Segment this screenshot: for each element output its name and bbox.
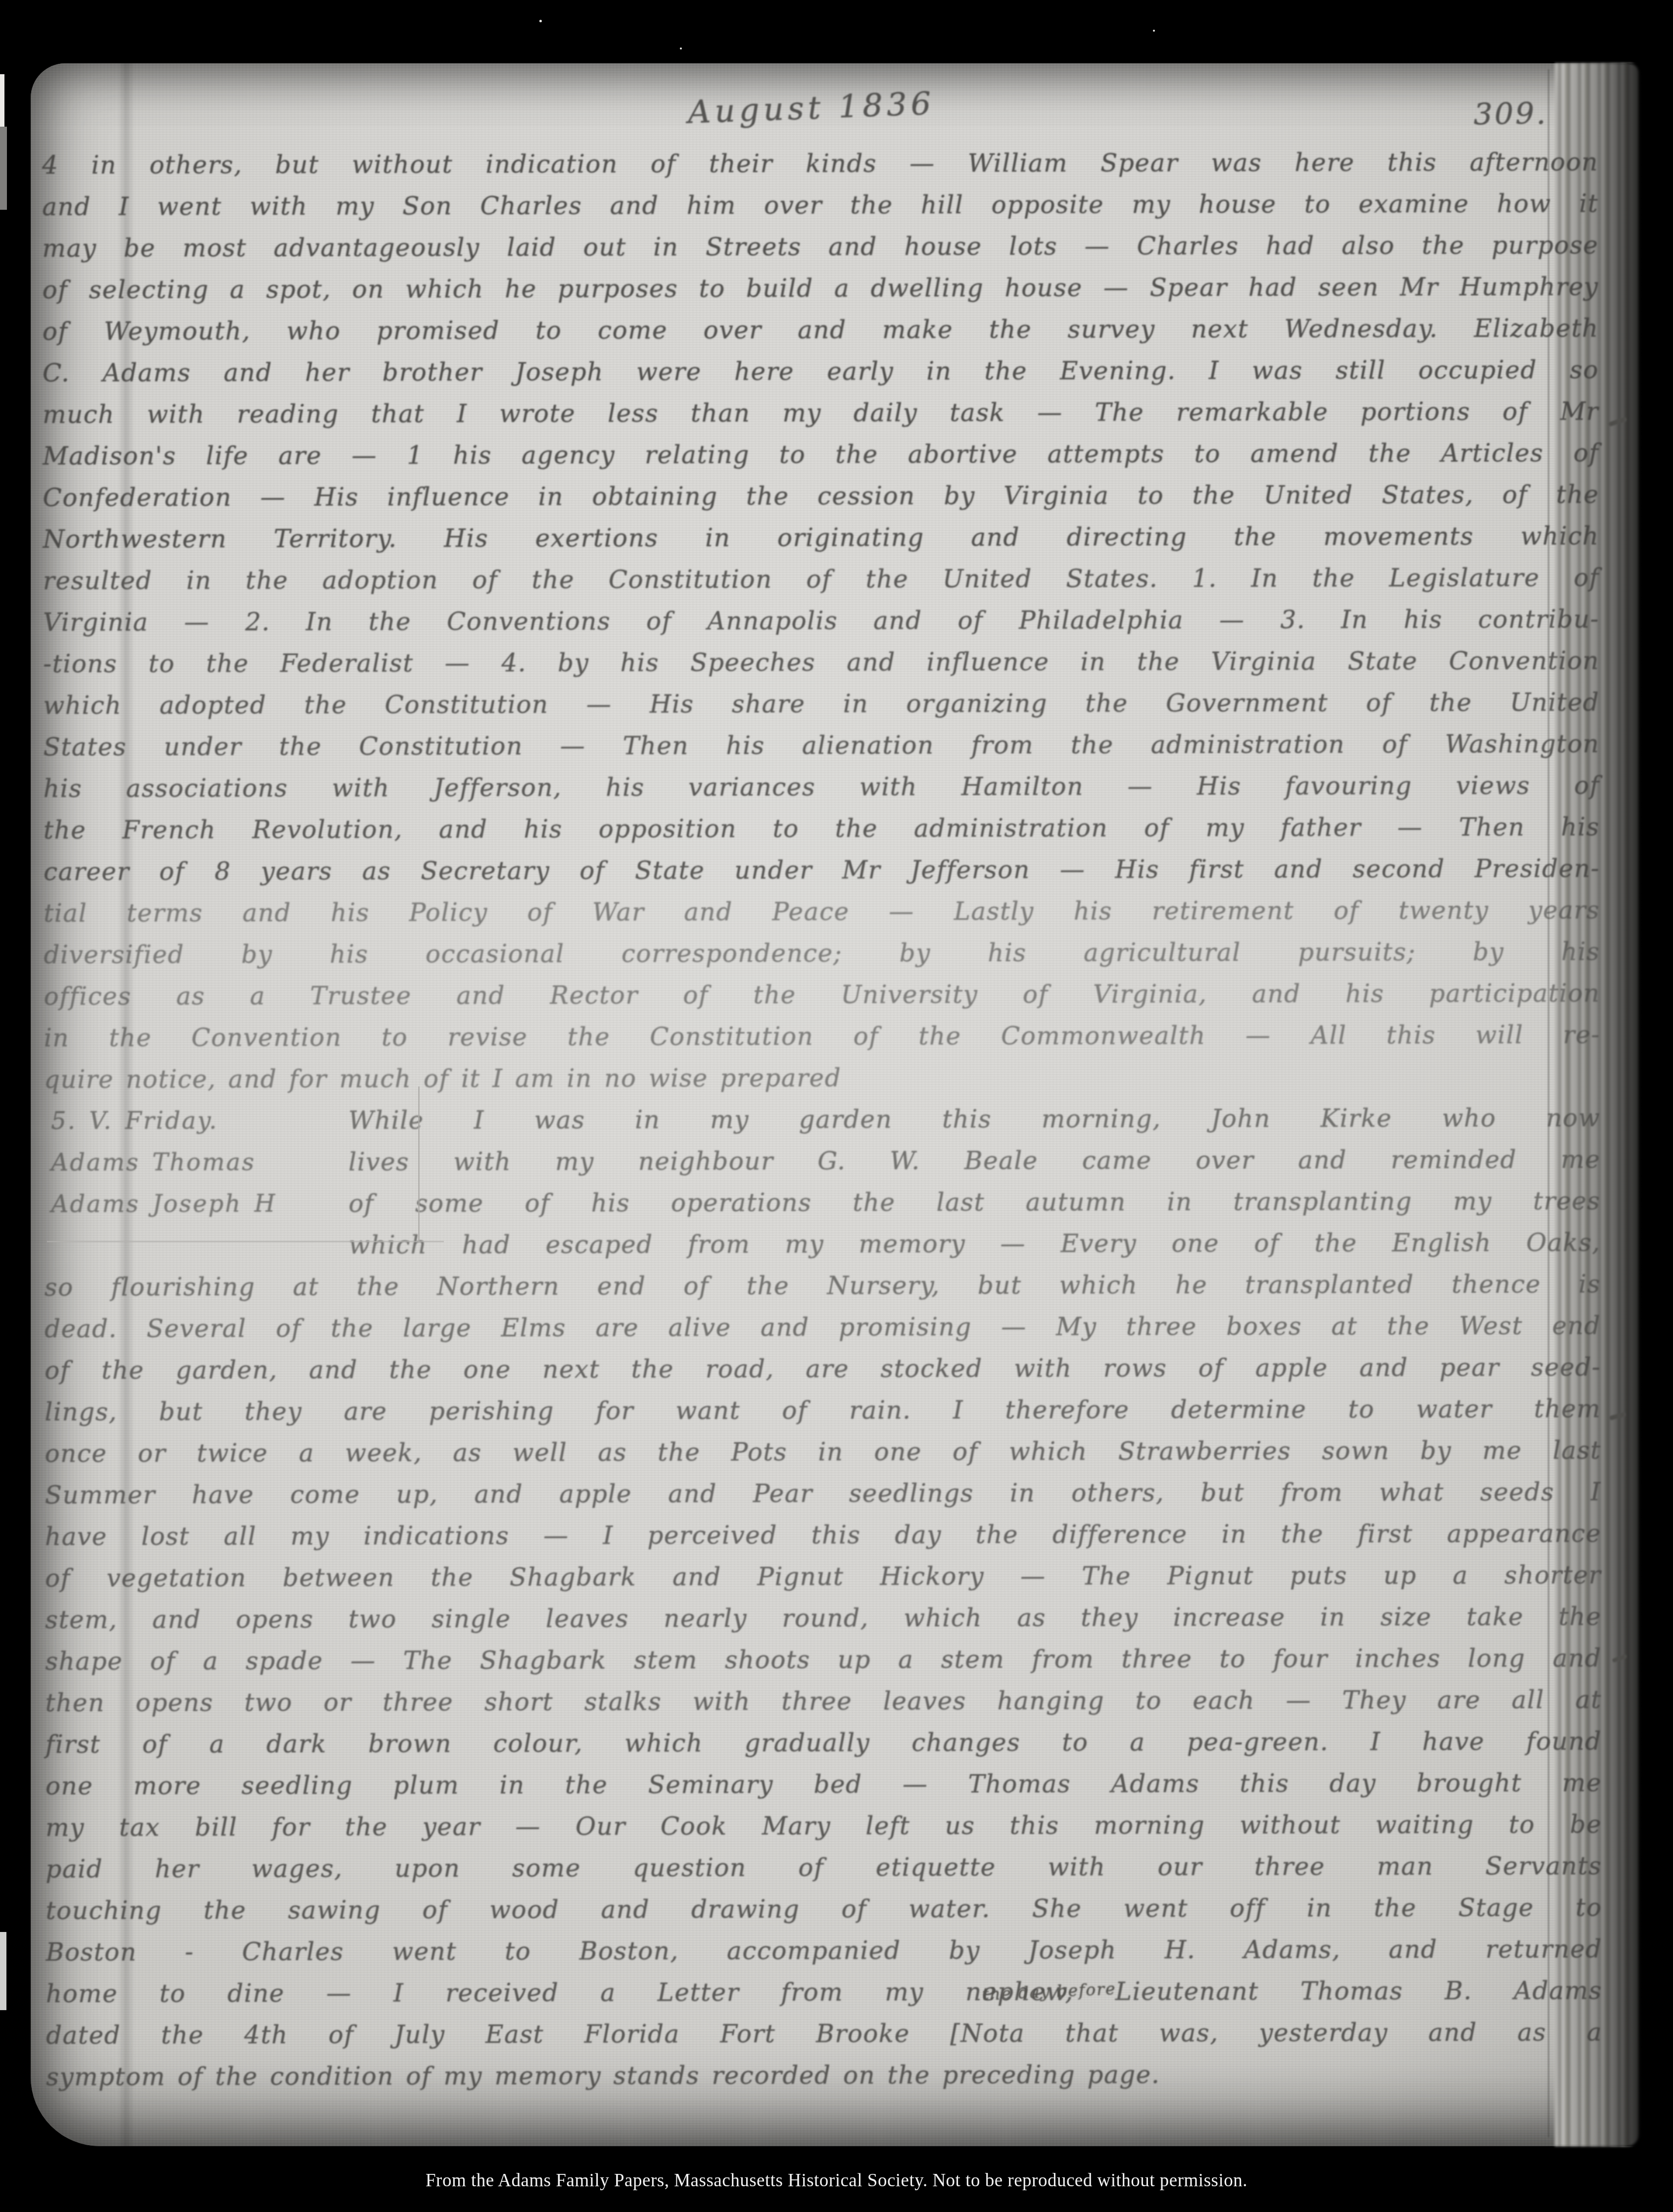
manuscript-line-text: in the Convention to revise the Constitu… [44, 1014, 1600, 1059]
manuscript-line: the French Revolution, and his oppositio… [44, 806, 1600, 851]
manuscript-line-text: first of a dark brown colour, which grad… [46, 1720, 1602, 1765]
manuscript-line-text: tial terms and his Policy of War and Pea… [44, 889, 1600, 934]
margin-note: Adams Joseph H [51, 1183, 277, 1225]
manuscript-line-text: and I went with my Son Charles and him o… [42, 183, 1598, 228]
manuscript-line: Boston - Charles went to Boston, accompa… [46, 1928, 1602, 1973]
margin-note: 5. V. Friday. [51, 1100, 218, 1142]
manuscript-line: Summer have come up, and apple and Pear … [45, 1471, 1601, 1516]
film-sliver [0, 1932, 6, 2010]
manuscript-line: paid her wages, upon some question of et… [46, 1845, 1602, 1890]
manuscript-line: career of 8 years as Secretary of State … [44, 847, 1600, 893]
manuscript-line: my tax bill for the year — Our Cook Mary… [46, 1803, 1602, 1848]
manuscript-line: of vegetation between the Shagbark and P… [45, 1554, 1601, 1599]
margin-rule-horizontal [47, 1241, 444, 1242]
margin-rule-vertical [418, 1086, 420, 1243]
manuscript-line: -tions to the Federalist — 4. by his Spe… [43, 640, 1599, 685]
manuscript-line-text: much with reading that I wrote less than… [43, 390, 1599, 435]
manuscript-line-text: shape of a spade — The Shagbark stem sho… [45, 1637, 1601, 1682]
film-sliver [0, 74, 4, 127]
manuscript-line: of selecting a spot, on which he purpose… [43, 266, 1599, 311]
manuscript-line: tial terms and his Policy of War and Pea… [44, 889, 1600, 934]
manuscript-line-text: which adopted the Constitution — His sha… [43, 681, 1599, 726]
manuscript-line-text: my tax bill for the year — Our Cook Mary… [46, 1803, 1602, 1848]
manuscript-line-text: of Weymouth, who promised to come over a… [43, 307, 1599, 352]
manuscript-line: of Weymouth, who promised to come over a… [43, 307, 1599, 352]
manuscript-text: 4 in others, but without indication of t… [42, 141, 1602, 2098]
manuscript-line-text: one more seedling plum in the Seminary b… [46, 1762, 1602, 1807]
manuscript-line: once or twice a week, as well as the Pot… [45, 1429, 1601, 1474]
manuscript-line-text: Summer have come up, and apple and Pear … [45, 1471, 1601, 1516]
manuscript-line: dated the 4th of July East Florida Fort … [46, 2011, 1602, 2056]
manuscript-line: touching the sawing of wood and drawing … [46, 1886, 1602, 1931]
manuscript-line-text: quire notice, and for much of it I am in… [44, 1055, 1600, 1100]
dust-speck [680, 47, 682, 49]
manuscript-line: offices as a Trustee and Rector of the U… [44, 972, 1600, 1017]
manuscript-line-text: then opens two or three short stalks wit… [46, 1679, 1602, 1724]
manuscript-line-text: Madison's life are — 1 his agency relati… [43, 432, 1599, 477]
manuscript-line-text: dated the 4th of July East Florida Fort … [46, 2011, 1602, 2056]
manuscript-line: his associations with Jefferson, his var… [44, 764, 1600, 809]
scanned-diary-page: { "colors": { "background": "#000000", "… [0, 0, 1673, 2212]
manuscript-line: lings, but they are perishing for want o… [45, 1388, 1601, 1433]
manuscript-line: Virginia — 2. In the Conventions of Anna… [43, 598, 1599, 643]
manuscript-line: and I went with my Son Charles and him o… [42, 183, 1598, 228]
manuscript-line: Adams Joseph Hof some of his operations … [44, 1180, 1600, 1225]
manuscript-line: one more seedling plum in the Seminary b… [46, 1762, 1602, 1807]
manuscript-line-text: 4 in others, but without indication of t… [42, 141, 1598, 186]
dust-speck [539, 20, 542, 22]
manuscript-line-text: the French Revolution, and his oppositio… [44, 806, 1600, 851]
manuscript-line: resulted in the adoption of the Constitu… [43, 557, 1599, 602]
manuscript-line: have lost all my indications — I perceiv… [45, 1512, 1601, 1557]
manuscript-line: symptom of the condition of my memory st… [46, 2053, 1602, 2098]
manuscript-line-text: once or twice a week, as well as the Pot… [45, 1429, 1601, 1474]
manuscript-line-text: lives with my neighbour G. W. Beale came… [348, 1138, 1600, 1182]
manuscript-line-text: of the garden, and the one next the road… [45, 1346, 1601, 1391]
film-sliver [0, 127, 7, 210]
manuscript-line-text: symptom of the condition of my memory st… [46, 2053, 1602, 2098]
manuscript-line-text: Boston - Charles went to Boston, accompa… [46, 1928, 1602, 1973]
manuscript-line-text: C. Adams and her brother Joseph were her… [43, 349, 1599, 394]
manuscript-line-text: States under the Constitution — Then his… [43, 723, 1599, 768]
manuscript-line: much with reading that I wrote less than… [43, 390, 1599, 435]
manuscript-line-text: Virginia — 2. In the Conventions of Anna… [43, 598, 1599, 643]
manuscript-line-text: Confederation — His influence in obtaini… [43, 473, 1599, 518]
manuscript-line: home to dine — I received a Letter from … [46, 1970, 1602, 2015]
manuscript-line-text: of vegetation between the Shagbark and P… [45, 1554, 1601, 1599]
page-number: 309. [1473, 96, 1548, 133]
manuscript-line: States under the Constitution — Then his… [43, 723, 1599, 768]
manuscript-line-text: home to dine — I received a Letter from … [46, 1970, 1602, 2015]
manuscript-line-text: his associations with Jefferson, his var… [44, 764, 1600, 809]
manuscript-line: first of a dark brown colour, which grad… [46, 1720, 1602, 1765]
manuscript-line: Madison's life are — 1 his agency relati… [43, 432, 1599, 477]
manuscript-line: 5. V. Friday.While I was in my garden th… [44, 1097, 1600, 1142]
manuscript-line-text: dead. Several of the large Elms are aliv… [45, 1305, 1601, 1350]
manuscript-line-text: which had escaped from my memory — Every… [349, 1222, 1601, 1266]
manuscript-line-text: While I was in my garden this morning, J… [348, 1097, 1600, 1141]
manuscript-line: which had escaped from my memory — Every… [45, 1222, 1601, 1267]
manuscript-line-text: -tions to the Federalist — 4. by his Spe… [43, 640, 1599, 685]
manuscript-line: shape of a spade — The Shagbark stem sho… [45, 1637, 1601, 1682]
manuscript-line: so flourishing at the Northern end of th… [45, 1263, 1601, 1308]
manuscript-line-text: touching the sawing of wood and drawing … [46, 1886, 1602, 1931]
manuscript-line: Adams Thomaslives with my neighbour G. W… [44, 1138, 1600, 1183]
manuscript-line-text: lings, but they are perishing for want o… [45, 1388, 1601, 1433]
manuscript-line-text: stem, and opens two single leaves nearly… [45, 1596, 1601, 1641]
manuscript-line: may be most advantageously laid out in S… [42, 224, 1598, 269]
manuscript-line: C. Adams and her brother Joseph were her… [43, 349, 1599, 394]
archive-caption: From the Adams Family Papers, Massachuse… [0, 2170, 1673, 2191]
manuscript-line-text: paid her wages, upon some question of et… [46, 1845, 1602, 1890]
manuscript-line: then opens two or three short stalks wit… [46, 1679, 1602, 1724]
manuscript-line-text: of some of his operations the last autum… [348, 1180, 1600, 1224]
manuscript-line: which adopted the Constitution — His sha… [43, 681, 1599, 726]
manuscript-line: quire notice, and for much of it I am in… [44, 1055, 1600, 1100]
manuscript-line-text: of selecting a spot, on which he purpose… [43, 266, 1599, 311]
dust-speck [1153, 30, 1155, 32]
manuscript-line: stem, and opens two single leaves nearly… [45, 1596, 1601, 1641]
manuscript-line-text: have lost all my indications — I perceiv… [45, 1512, 1601, 1557]
manuscript-line-text: resulted in the adoption of the Constitu… [43, 557, 1599, 602]
manuscript-line: dead. Several of the large Elms are aliv… [45, 1305, 1601, 1350]
manuscript-line-text: so flourishing at the Northern end of th… [45, 1263, 1601, 1308]
manuscript-line: of the garden, and the one next the road… [45, 1346, 1601, 1391]
manuscript-line-text: diversified by his occasional correspond… [44, 931, 1600, 976]
manuscript-line-text: career of 8 years as Secretary of State … [44, 847, 1600, 893]
manuscript-line: Confederation — His influence in obtaini… [43, 473, 1599, 518]
manuscript-line-text: Northwestern Territory. His exertions in… [43, 515, 1599, 560]
manuscript-line: 4 in others, but without indication of t… [42, 141, 1598, 186]
manuscript-line-text: may be most advantageously laid out in S… [42, 224, 1598, 269]
margin-note: Adams Thomas [51, 1141, 255, 1183]
manuscript-line: diversified by his occasional correspond… [44, 931, 1600, 976]
manuscript-line-text: offices as a Trustee and Rector of the U… [44, 972, 1600, 1017]
manuscript-line: Northwestern Territory. His exertions in… [43, 515, 1599, 560]
manuscript-line: in the Convention to revise the Constitu… [44, 1014, 1600, 1059]
